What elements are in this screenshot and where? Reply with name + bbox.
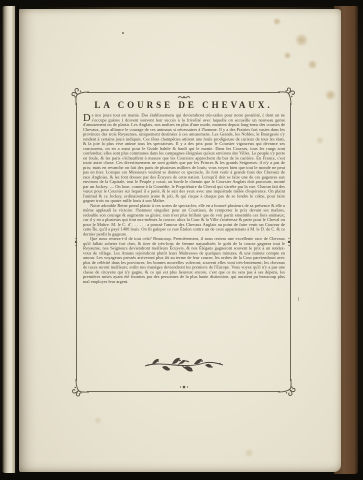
foxing-spot [295,34,308,46]
corner-scroll-icon [278,379,296,397]
book-photograph: LA COURSE DE CHEVAUX. De nos jours tout … [0,0,363,480]
foxing-spot [308,60,317,69]
foxing-spot [273,18,281,25]
book-spine-pages [2,6,15,473]
printed-frame: LA COURSE DE CHEVAUX. De nos jours tout … [76,92,291,392]
bow-knot-icon [177,88,191,106]
foxing-spot [94,417,102,424]
ink-speck [122,32,124,34]
corner-scroll-icon [71,379,89,397]
foxing-spot [284,52,291,59]
book-page: LA COURSE DE CHEVAUX. De nos jours tout … [19,9,341,472]
corner-scroll-icon [71,87,89,105]
foxing-spot [316,137,324,144]
dot-floret-icon [179,377,189,395]
floral-sprig-fleuron-icon [142,356,226,379]
body-paragraph: Notre adorable Reine prend plaisir à ces… [83,203,285,236]
margin-mark [298,297,299,301]
body-text-block: De nos jours tout est manie. Des établis… [83,113,284,347]
corner-scroll-icon [278,87,296,105]
body-paragraph: Que nous restera-t-il de tout cela? Beau… [83,237,285,285]
foxing-spot [244,449,254,457]
body-paragraph: De nos jours tout est manie. Des établis… [83,113,285,203]
foxing-spot [325,90,336,100]
